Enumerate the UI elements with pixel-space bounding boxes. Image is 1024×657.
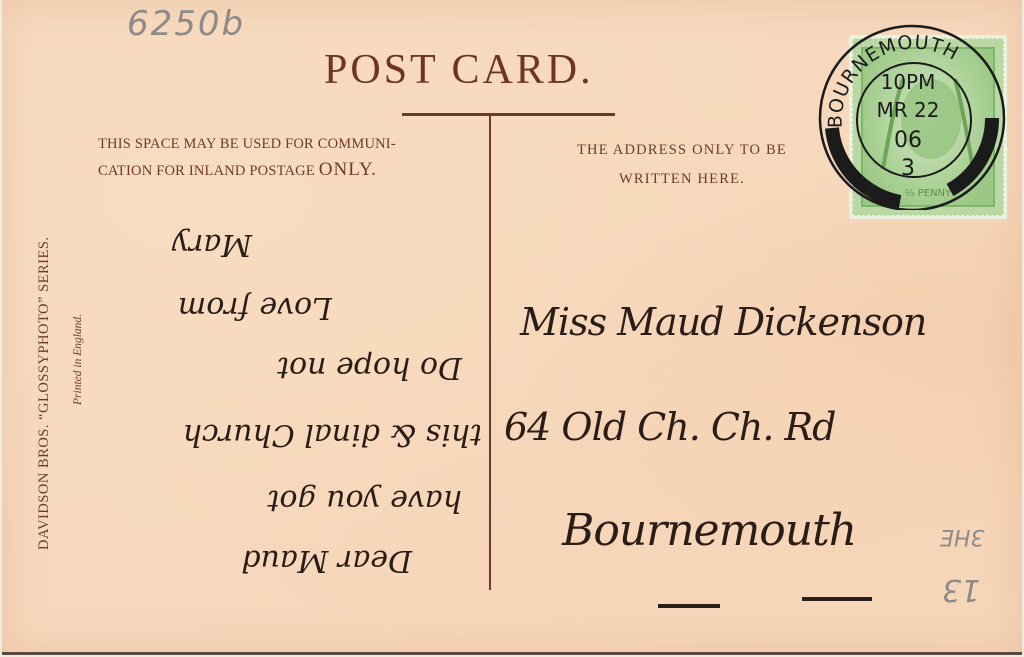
postcard-back: 6250b POST CARD. THIS SPACE MAY BE USED … (2, 0, 1022, 655)
message-line: have you got (267, 483, 462, 518)
message-line: Mary (172, 227, 252, 262)
handwritten-message-upside-down: Dear Maud have you got this & dinal Chur… (102, 180, 482, 600)
address-town: Bournemouth (562, 505, 856, 556)
address-recipient: Miss Maud Dickenson (520, 300, 926, 344)
pencil-note-price: 3HE (940, 524, 984, 549)
printed-in-england: Printed in England. (72, 245, 84, 405)
only-emphasis: ONLY. (319, 159, 377, 180)
postmark-cancellation: BOURNEMOUTH 10PM MR 22 06 3 (810, 10, 1006, 210)
address-underline-right (802, 597, 872, 601)
postmark-date: MR 22 (810, 98, 1006, 122)
message-line: Do hope not (277, 350, 462, 385)
message-line: this & dinal Church (183, 417, 482, 452)
address-instruction-line-1: THE ADDRESS ONLY TO BE (542, 136, 822, 165)
address-instruction-line-2: WRITTEN HERE. (542, 165, 822, 194)
postmark-time: 10PM (810, 70, 1006, 94)
communication-instructions: THIS SPACE MAY BE USED FOR COMMUNI- CATI… (98, 132, 478, 184)
pencil-inventory-number: 6250b (127, 4, 245, 44)
publisher-imprint: DAVIDSON BROS. “GLOSSYPHOTO” SERIES. (36, 95, 53, 550)
center-divider (489, 115, 491, 590)
message-line: Dear Maud (241, 543, 412, 578)
pencil-note-number: 13 (942, 572, 980, 607)
postcard-title: POST CARD. (324, 46, 594, 94)
message-line: Love from (178, 290, 332, 325)
address-street: 64 Old Ch. Ch. Rd (504, 405, 836, 449)
instruction-line-1: THIS SPACE MAY BE USED FOR COMMUNI- (98, 132, 478, 157)
postmark-year: 06 (810, 128, 1006, 153)
address-instructions: THE ADDRESS ONLY TO BE WRITTEN HERE. (542, 136, 822, 194)
title-underline-divider (402, 113, 615, 116)
postmark-code: 3 (810, 156, 1006, 181)
address-underline-left (658, 604, 720, 608)
